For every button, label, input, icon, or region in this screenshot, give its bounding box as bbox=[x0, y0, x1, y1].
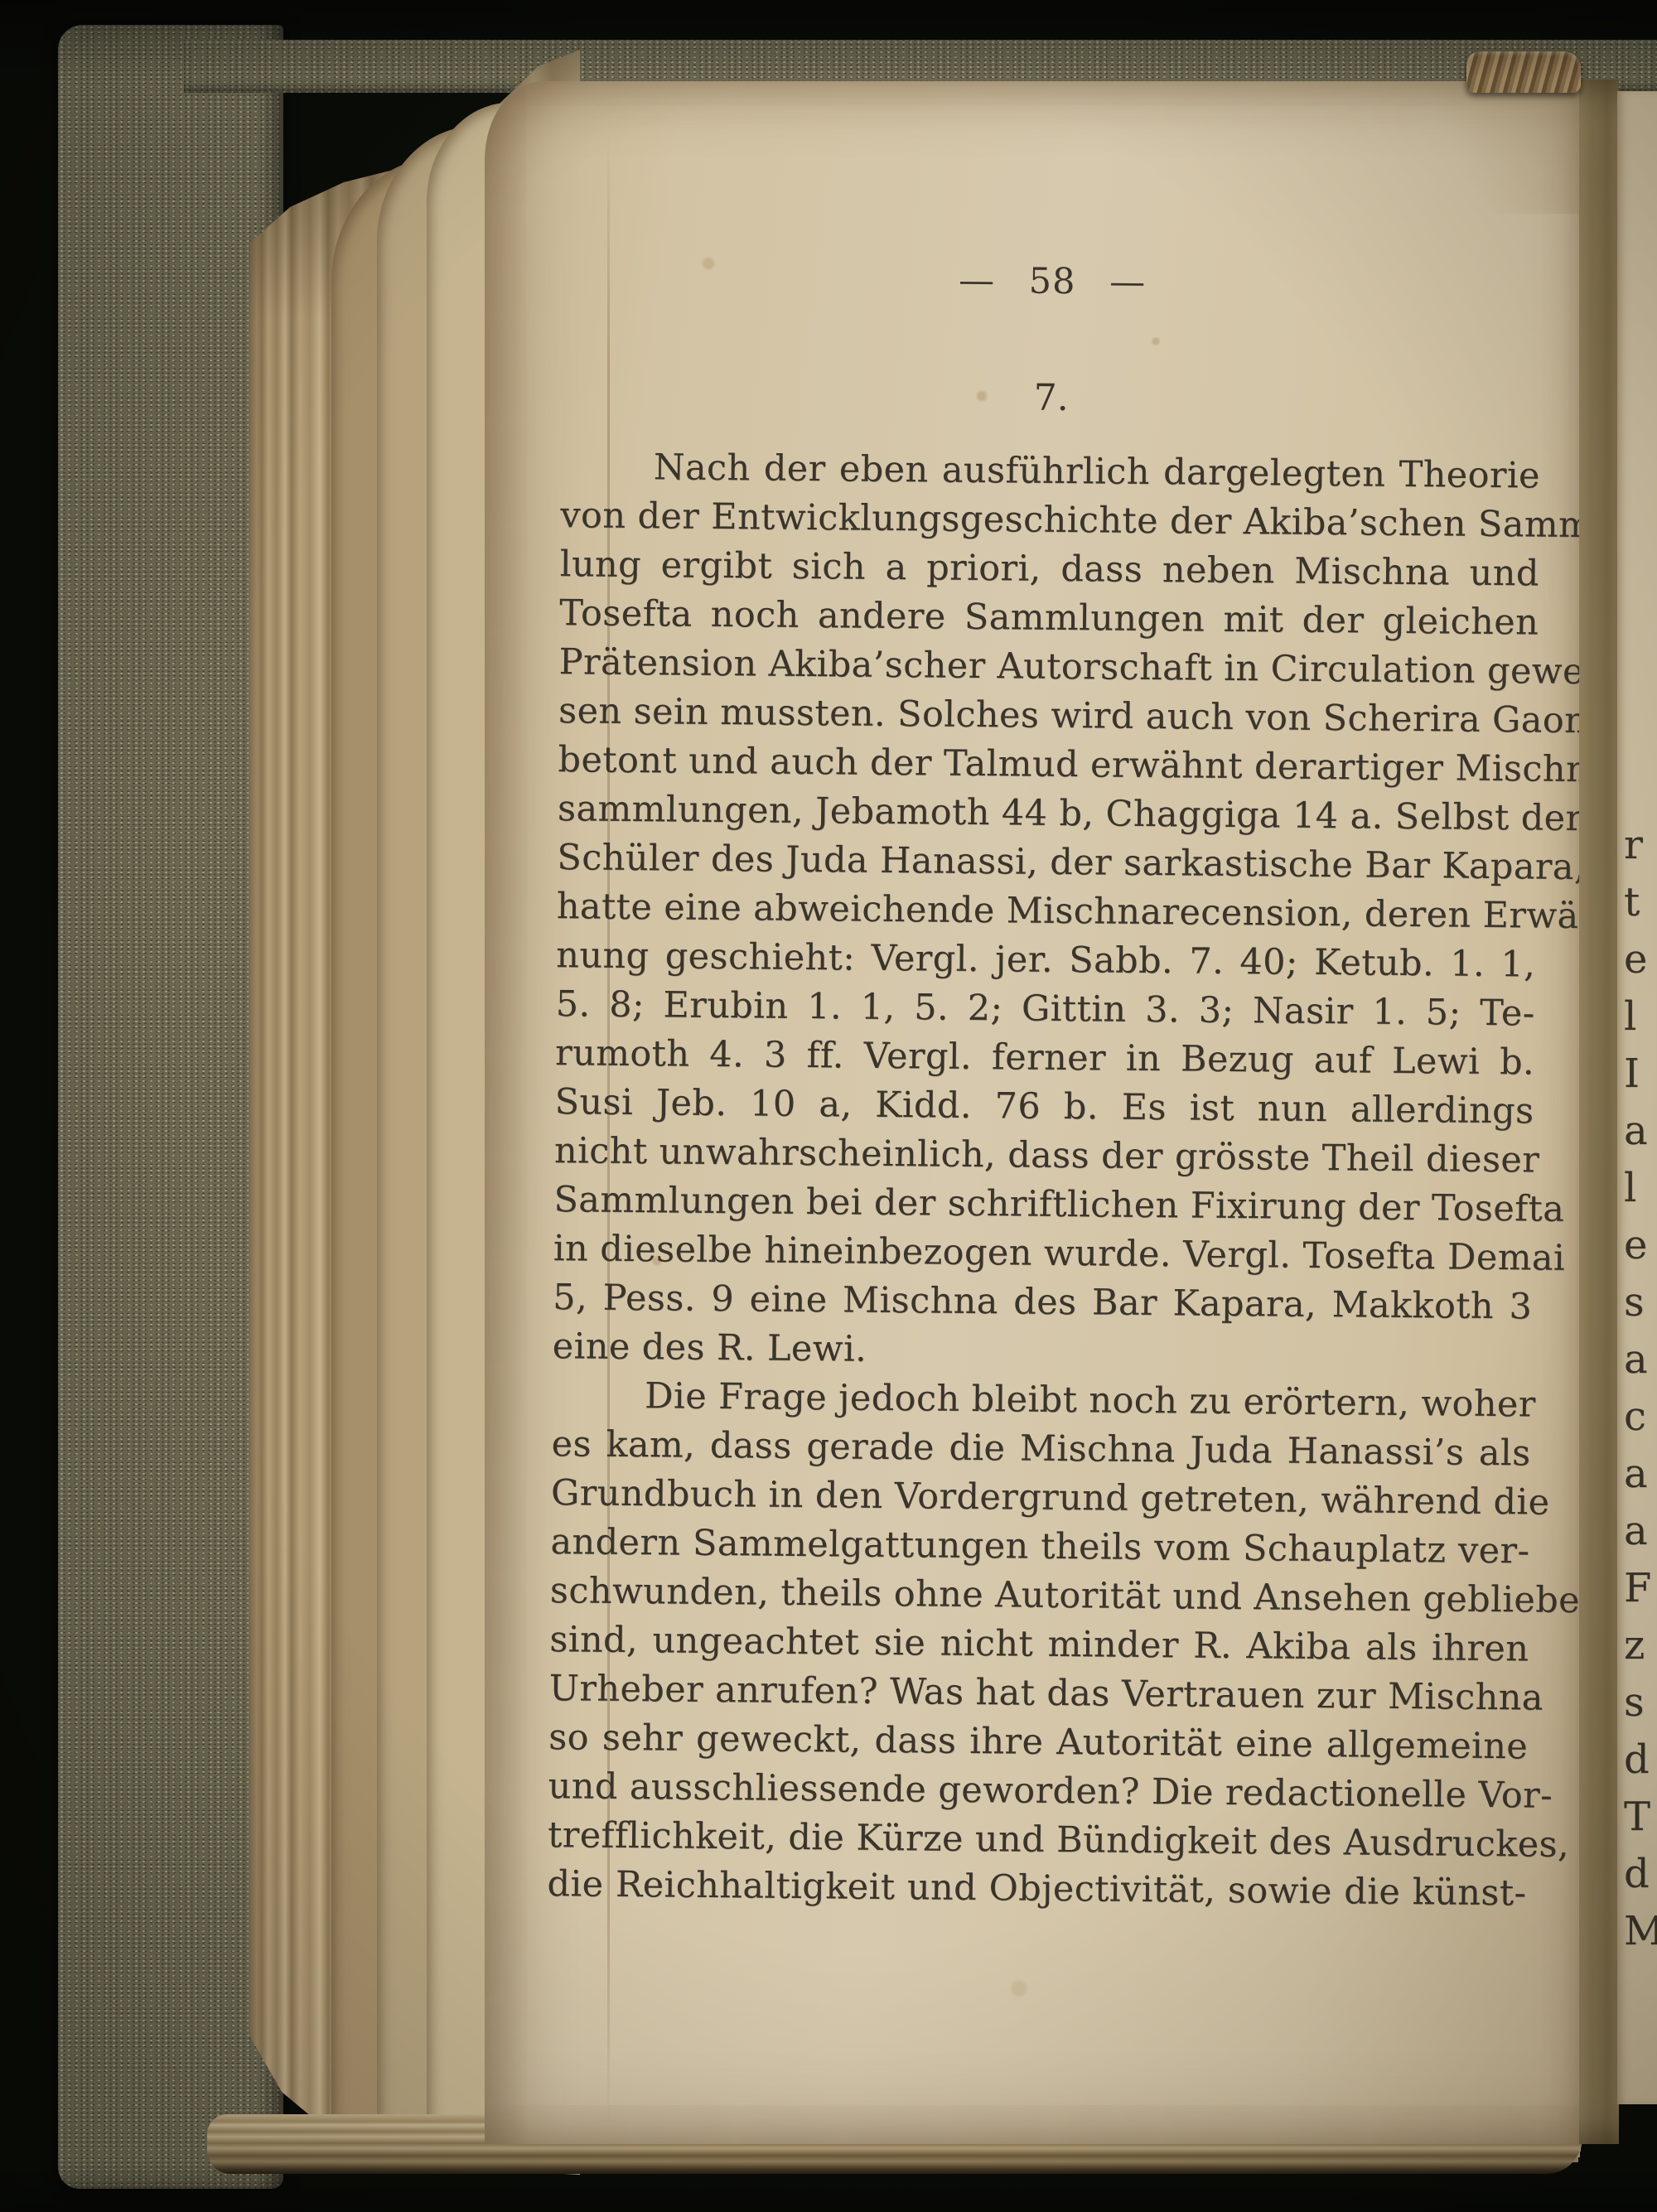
facing-page-fragment: l bbox=[1624, 1160, 1657, 1217]
facing-page-fragment: a bbox=[1624, 1503, 1657, 1560]
section-number: 7. bbox=[562, 372, 1541, 423]
facing-page-fragment: z bbox=[1624, 1617, 1657, 1674]
facing-page-fragment: T bbox=[1624, 1789, 1657, 1846]
facing-page-fragment: t bbox=[1624, 874, 1657, 931]
page-content: — 58 — 7. Nach der eben ausführlich darg… bbox=[466, 75, 1582, 2149]
page-number: — 58 — bbox=[563, 256, 1542, 307]
facing-page-text-fragments: r t e l I a l e s a c a a F z s d T d M bbox=[1624, 817, 1657, 1960]
facing-page-sliver: r t e l I a l e s a c a a F z s d T d M bbox=[1617, 91, 1657, 2104]
book-scan: — 58 — 7. Nach der eben ausführlich darg… bbox=[0, 0, 1657, 2212]
text-line: die Reichhaltigkeit und Objectivität, so… bbox=[547, 1860, 1527, 1918]
facing-page-fragment: d bbox=[1624, 1846, 1657, 1903]
facing-page-fragment: e bbox=[1624, 1217, 1657, 1274]
gutter-shadow bbox=[1579, 80, 1619, 2144]
headband bbox=[1466, 51, 1581, 93]
facing-page-fragment: s bbox=[1624, 1274, 1657, 1331]
facing-page-fragment: M bbox=[1624, 1903, 1657, 1960]
facing-page-fragment: l bbox=[1624, 988, 1657, 1046]
text-block: Nach der eben ausführlich dargelegten Th… bbox=[547, 442, 1540, 1918]
facing-page-fragment: c bbox=[1624, 1389, 1657, 1446]
facing-page-fragment: F bbox=[1624, 1560, 1657, 1617]
facing-page-fragment: e bbox=[1624, 931, 1657, 988]
facing-page-fragment: a bbox=[1624, 1331, 1657, 1389]
facing-page-fragment: a bbox=[1624, 1446, 1657, 1503]
facing-page-fragment: s bbox=[1624, 1674, 1657, 1731]
book-page: — 58 — 7. Nach der eben ausführlich darg… bbox=[485, 81, 1580, 2144]
facing-page-fragment: r bbox=[1624, 817, 1657, 874]
facing-page-fragment: d bbox=[1624, 1731, 1657, 1789]
facing-page-fragment: I bbox=[1624, 1046, 1657, 1103]
facing-page-fragment: a bbox=[1624, 1103, 1657, 1160]
